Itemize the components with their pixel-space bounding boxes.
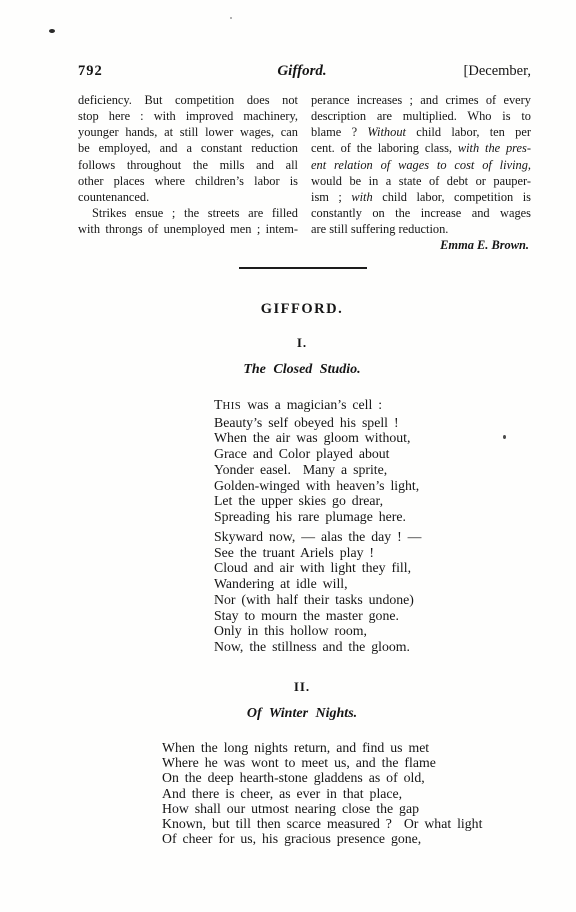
- left-column: deficiency. But competition does notstop…: [78, 92, 298, 254]
- text-line: Stay to mourn the master gone.: [214, 608, 421, 624]
- running-header: 792 Gifford. [December,: [0, 63, 576, 83]
- text-line: other places where children’s labor is: [78, 173, 298, 189]
- text-line: countenanced.: [78, 189, 298, 205]
- text-line: stop here : with improved machinery,: [78, 108, 298, 124]
- text-line: younger hands, at still lower wages, can: [78, 124, 298, 140]
- text-line: description are multiplied. Who is to: [311, 108, 531, 124]
- section-subtitle-1: The Closed Studio.: [28, 362, 576, 378]
- text-line: Nor (with half their tasks undone): [214, 592, 421, 608]
- section-numeral-1: I.: [28, 335, 576, 351]
- text-line: Wandering at idle will,: [214, 576, 421, 592]
- text-line: perance increases ; and crimes of every: [311, 92, 531, 108]
- text-line: Yonder easel. Many a sprite,: [214, 462, 419, 478]
- text-line: ism ; with child labor, competition is: [311, 189, 531, 205]
- text-line: When the long nights return, and find us…: [162, 740, 482, 755]
- text-line: constantly on the increase and wages: [311, 205, 531, 221]
- ink-speck: [230, 17, 232, 19]
- poem-stanza-1: THIS was a magician’s cell :Beauty’s sel…: [214, 397, 419, 525]
- text-line: See the truant Ariels play !: [214, 545, 421, 561]
- text-line: would be in a state of debt or pauper-: [311, 173, 531, 189]
- section-divider-rule: [239, 267, 367, 269]
- text-line: Skyward now, — alas the day ! —: [214, 529, 421, 545]
- text-line: Only in this hollow room,: [214, 623, 421, 639]
- issue-date-label: [December,: [464, 63, 531, 80]
- ink-speck: [503, 435, 506, 439]
- text-line: blame ? Without child labor, ten per: [311, 124, 531, 140]
- text-line: are still suffering reduction.: [311, 221, 531, 237]
- text-line: Beauty’s self obeyed his spell !: [214, 415, 419, 431]
- article-title: GIFFORD.: [28, 301, 576, 318]
- text-line: Spreading his rare plumage here.: [214, 509, 419, 525]
- poem-stanza-2: Skyward now, — alas the day ! —See the t…: [214, 529, 421, 655]
- text-line: Grace and Color played about: [214, 446, 419, 462]
- text-line: be employed, and a constant reduction: [78, 140, 298, 156]
- text-line: follows throughout the mills and all: [78, 157, 298, 173]
- section-numeral-2: II.: [28, 679, 576, 695]
- section-subtitle-2: Of Winter Nights.: [28, 706, 576, 722]
- scanned-book-page: 792 Gifford. [December, deficiency. But …: [0, 0, 576, 912]
- text-line: On the deep hearth-stone gladdens as of …: [162, 770, 482, 785]
- text-line: deficiency. But competition does not: [78, 92, 298, 108]
- text-line: How shall our utmost nearing close the g…: [162, 801, 482, 816]
- text-line: Of cheer for us, his gracious presence g…: [162, 831, 482, 846]
- text-line: cent. of the laboring class, with the pr…: [311, 140, 531, 156]
- ink-speck: [49, 29, 55, 33]
- text-line: When the air was gloom without,: [214, 430, 419, 446]
- text-line: with throngs of unemployed men ; intem-: [78, 221, 298, 237]
- text-line: Cloud and air with light they fill,: [214, 560, 421, 576]
- text-line: Now, the stillness and the gloom.: [214, 639, 421, 655]
- text-line: And there is cheer, as ever in that plac…: [162, 786, 482, 801]
- text-line: Strikes ensue ; the streets are filled: [78, 205, 298, 221]
- right-column: perance increases ; and crimes of everyd…: [311, 92, 531, 254]
- text-line: Golden-winged with heaven’s light,: [214, 478, 419, 494]
- two-column-text: deficiency. But competition does notstop…: [78, 92, 531, 254]
- text-line: Emma E. Brown.: [311, 237, 531, 253]
- text-line: Let the upper skies go drear,: [214, 493, 419, 509]
- poem-stanza-3: When the long nights return, and find us…: [162, 740, 482, 846]
- text-line: ent relation of wages to cost of living,: [311, 157, 531, 173]
- text-line: THIS was a magician’s cell :: [214, 397, 419, 415]
- text-line: Where he was wont to meet us, and the fl…: [162, 755, 482, 770]
- text-line: Known, but till then scarce measured ? O…: [162, 816, 482, 831]
